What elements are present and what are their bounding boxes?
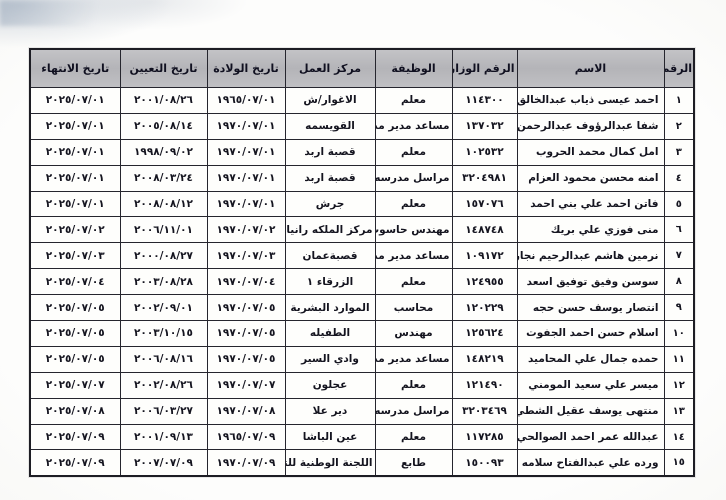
cell-name: امل كمال محمد الحروب bbox=[517, 139, 664, 165]
table-row: ١٤عبدالله عمر احمد الصوالحي١١٧٢٨٥معلمعين… bbox=[30, 424, 694, 450]
cell-birth_date: ١٩٧٠/٠٧/٠٧ bbox=[207, 372, 285, 398]
cell-birth_date: ١٩٧٠/٠٧/٠١ bbox=[207, 113, 285, 139]
cell-hire_date: ٢٠٠٣/١٠/١٥ bbox=[120, 321, 207, 347]
cell-work_center: الموارد البشرية bbox=[285, 295, 375, 321]
column-header-work_center: مركز العمل bbox=[285, 49, 375, 88]
cell-job_title: معلم bbox=[375, 372, 452, 398]
table-row: ٥فاتن احمد علي بني احمد١٥٧٠٧٦معلمجرش١٩٧٠… bbox=[30, 191, 694, 217]
cell-work_center: اللجنة الوطنية للتربية bbox=[285, 450, 375, 476]
cell-name: شفا عبدالرؤوف عبدالرحمن عبدالله bbox=[517, 113, 664, 139]
cell-birth_date: ١٩٧٠/٠٧/٠١ bbox=[207, 191, 285, 217]
cell-job_title: مراسل مدرسه bbox=[375, 165, 452, 191]
cell-name: فاتن احمد علي بني احمد bbox=[517, 191, 664, 217]
scanned-page: الرقمالاسمالرقم الوزاريالوظيفةمركز العمل… bbox=[0, 0, 726, 500]
cell-work_center: الزرقاء ١ bbox=[285, 269, 375, 295]
cell-name: اسلام حسن احمد الجفوت bbox=[517, 321, 664, 347]
cell-work_center: الاغوار/ش bbox=[285, 88, 375, 114]
cell-end_date: ٢٠٢٥/٠٧/٠٩ bbox=[30, 424, 120, 450]
cell-job_title: معلم bbox=[375, 424, 452, 450]
cell-name: ميسر علي سعيد المومني bbox=[517, 372, 664, 398]
cell-ministry_number: ١٢٥٦٢٤ bbox=[452, 321, 517, 347]
cell-end_date: ٢٠٢٥/٠٧/٠٥ bbox=[30, 321, 120, 347]
cell-num: ١ bbox=[664, 88, 694, 114]
cell-ministry_number: ٣٢٠٤٩٨١ bbox=[452, 165, 517, 191]
cell-job_title: طابع bbox=[375, 450, 452, 476]
cell-end_date: ٢٠٢٥/٠٧/٠١ bbox=[30, 113, 120, 139]
cell-hire_date: ٢٠٠٥/٠٨/١٤ bbox=[120, 113, 207, 139]
cell-birth_date: ١٩٧٠/٠٧/٠٨ bbox=[207, 398, 285, 424]
cell-work_center: جرش bbox=[285, 191, 375, 217]
cell-job_title: مراسل مدرسه bbox=[375, 398, 452, 424]
cell-num: ٧ bbox=[664, 243, 694, 269]
cell-hire_date: ٢٠٠٨/٠٨/١٢ bbox=[120, 191, 207, 217]
cell-num: ١٣ bbox=[664, 398, 694, 424]
cell-birth_date: ١٩٧٠/٠٧/٠٥ bbox=[207, 346, 285, 372]
cell-work_center: قصبة اربد bbox=[285, 139, 375, 165]
cell-birth_date: ١٩٧٠/٠٧/٠٤ bbox=[207, 269, 285, 295]
cell-work_center: دير علا bbox=[285, 398, 375, 424]
cell-work_center: قصبة اربد bbox=[285, 165, 375, 191]
cell-work_center: قصبةعمان bbox=[285, 243, 375, 269]
cell-ministry_number: ١١٧٢٨٥ bbox=[452, 424, 517, 450]
cell-name: منتهى يوسف عقيل الشطي bbox=[517, 398, 664, 424]
cell-hire_date: ٢٠٠٧/٠٧/٠٩ bbox=[120, 450, 207, 476]
cell-end_date: ٢٠٢٥/٠٧/٠٩ bbox=[30, 450, 120, 476]
cell-end_date: ٢٠٢٥/٠٧/٠١ bbox=[30, 191, 120, 217]
cell-ministry_number: ١٣٧٠٣٢ bbox=[452, 113, 517, 139]
cell-work_center: القويسمه bbox=[285, 113, 375, 139]
cell-hire_date: ٢٠٠٦/١١/٠١ bbox=[120, 217, 207, 243]
cell-hire_date: ٢٠٠٨/٠٣/٢٤ bbox=[120, 165, 207, 191]
cell-birth_date: ١٩٧٠/٠٧/٠١ bbox=[207, 139, 285, 165]
table-header: الرقمالاسمالرقم الوزاريالوظيفةمركز العمل… bbox=[30, 49, 694, 88]
table-row: ٦منى فوزي علي بريك١٤٨٧٤٨مهندس حاسوبمركز … bbox=[30, 217, 694, 243]
table-row: ٧نرمين هاشم عبدالرحيم نجار١٠٩١٧٢مساعد مد… bbox=[30, 243, 694, 269]
table-row: ٣امل كمال محمد الحروب١٠٢٥٣٢معلمقصبة اربد… bbox=[30, 139, 694, 165]
column-header-ministry_number: الرقم الوزاري bbox=[452, 49, 517, 88]
cell-num: ٣ bbox=[664, 139, 694, 165]
cell-num: ٨ bbox=[664, 269, 694, 295]
cell-hire_date: ٢٠٠٣/٠٨/٢٨ bbox=[120, 269, 207, 295]
cell-ministry_number: ١٥٠٠٩٣ bbox=[452, 450, 517, 476]
cell-birth_date: ١٩٧٠/٠٧/٠٥ bbox=[207, 295, 285, 321]
table-row: ٤امنه محسن محمود العزام٣٢٠٤٩٨١مراسل مدرس… bbox=[30, 165, 694, 191]
cell-hire_date: ١٩٩٨/٠٩/٠٢ bbox=[120, 139, 207, 165]
table-row: ٨سوسن وفيق توفيق اسعد١٢٤٩٥٥معلمالزرقاء ١… bbox=[30, 269, 694, 295]
cell-birth_date: ١٩٧٠/٠٧/٠٣ bbox=[207, 243, 285, 269]
cell-birth_date: ١٩٧٠/٠٧/٠٥ bbox=[207, 321, 285, 347]
cell-name: منى فوزي علي بريك bbox=[517, 217, 664, 243]
cell-name: حمده جمال علي المحاميد bbox=[517, 346, 664, 372]
table-row: ٩انتصار يوسف حسن حجه١٢٠٢٢٩محاسبالموارد ا… bbox=[30, 295, 694, 321]
cell-ministry_number: ٣٢٠٣٤٦٩ bbox=[452, 398, 517, 424]
cell-num: ٥ bbox=[664, 191, 694, 217]
table-row: ١٣منتهى يوسف عقيل الشطي٣٢٠٣٤٦٩مراسل مدرس… bbox=[30, 398, 694, 424]
cell-end_date: ٢٠٢٥/٠٧/٠٥ bbox=[30, 295, 120, 321]
cell-work_center: مركز الملكه رانيا bbox=[285, 217, 375, 243]
cell-ministry_number: ١١٤٣٠٠ bbox=[452, 88, 517, 114]
column-header-hire_date: تاريخ التعيين bbox=[120, 49, 207, 88]
cell-end_date: ٢٠٢٥/٠٧/٠١ bbox=[30, 165, 120, 191]
column-header-end_date: تاريخ الانتهاء bbox=[30, 49, 120, 88]
cell-job_title: مهندس حاسوب bbox=[375, 217, 452, 243]
cell-end_date: ٢٠٢٥/٠٧/٠٢ bbox=[30, 217, 120, 243]
column-header-name: الاسم bbox=[517, 49, 664, 88]
table-row: ١٠اسلام حسن احمد الجفوت١٢٥٦٢٤مهندسالطفيل… bbox=[30, 321, 694, 347]
column-header-num: الرقم bbox=[664, 49, 694, 88]
cell-birth_date: ١٩٦٥/٠٧/٠٩ bbox=[207, 424, 285, 450]
cell-job_title: معلم bbox=[375, 191, 452, 217]
cell-name: سوسن وفيق توفيق اسعد bbox=[517, 269, 664, 295]
cell-work_center: وادي السير bbox=[285, 346, 375, 372]
table-row: ١١حمده جمال علي المحاميد١٤٨٢١٩مساعد مدير… bbox=[30, 346, 694, 372]
cell-hire_date: ٢٠٠٦/٠٨/١٦ bbox=[120, 346, 207, 372]
cell-ministry_number: ١٢١٤٩٠ bbox=[452, 372, 517, 398]
table-row: ١احمد عيسى ذياب عبدالخالق١١٤٣٠٠معلمالاغو… bbox=[30, 88, 694, 114]
column-header-job_title: الوظيفة bbox=[375, 49, 452, 88]
cell-ministry_number: ١٢٠٢٢٩ bbox=[452, 295, 517, 321]
cell-job_title: معلم bbox=[375, 139, 452, 165]
cell-name: عبدالله عمر احمد الصوالحي bbox=[517, 424, 664, 450]
cell-job_title: مساعد مدير مدرسه bbox=[375, 113, 452, 139]
cell-hire_date: ٢٠٠١/٠٨/٢٦ bbox=[120, 88, 207, 114]
table-body: ١احمد عيسى ذياب عبدالخالق١١٤٣٠٠معلمالاغو… bbox=[30, 88, 694, 477]
cell-end_date: ٢٠٢٥/٠٧/٠١ bbox=[30, 88, 120, 114]
cell-name: ورده علي عبدالفتاح سلامه bbox=[517, 450, 664, 476]
table-row: ٢شفا عبدالرؤوف عبدالرحمن عبدالله١٣٧٠٣٢مس… bbox=[30, 113, 694, 139]
cell-work_center: الطفيله bbox=[285, 321, 375, 347]
cell-num: ١١ bbox=[664, 346, 694, 372]
cell-birth_date: ١٩٧٠/٠٧/٠١ bbox=[207, 165, 285, 191]
cell-ministry_number: ١٤٨٧٤٨ bbox=[452, 217, 517, 243]
cell-hire_date: ٢٠٠٢/٠٩/٠١ bbox=[120, 295, 207, 321]
cell-work_center: عجلون bbox=[285, 372, 375, 398]
cell-num: ٦ bbox=[664, 217, 694, 243]
cell-num: ١٠ bbox=[664, 321, 694, 347]
cell-job_title: محاسب bbox=[375, 295, 452, 321]
cell-end_date: ٢٠٢٥/٠٧/٠٨ bbox=[30, 398, 120, 424]
cell-end_date: ٢٠٢٥/٠٧/٠٣ bbox=[30, 243, 120, 269]
cell-job_title: معلم bbox=[375, 88, 452, 114]
cell-hire_date: ٢٠٠٦/٠٣/٢٧ bbox=[120, 398, 207, 424]
staff-roster-table: الرقمالاسمالرقم الوزاريالوظيفةمركز العمل… bbox=[29, 48, 695, 477]
cell-hire_date: ٢٠٠١/٠٩/١٣ bbox=[120, 424, 207, 450]
cell-num: ١٢ bbox=[664, 372, 694, 398]
cell-ministry_number: ١٢٤٩٥٥ bbox=[452, 269, 517, 295]
cell-job_title: معلم bbox=[375, 269, 452, 295]
cell-job_title: مهندس bbox=[375, 321, 452, 347]
cell-hire_date: ٢٠٠٠/٠٨/٢٧ bbox=[120, 243, 207, 269]
cell-num: ٩ bbox=[664, 295, 694, 321]
cell-ministry_number: ١٠٢٥٣٢ bbox=[452, 139, 517, 165]
cell-num: ١٤ bbox=[664, 424, 694, 450]
cell-num: ١٥ bbox=[664, 450, 694, 476]
cell-name: احمد عيسى ذياب عبدالخالق bbox=[517, 88, 664, 114]
cell-num: ٤ bbox=[664, 165, 694, 191]
table-row: ١٥ورده علي عبدالفتاح سلامه١٥٠٠٩٣طابعاللج… bbox=[30, 450, 694, 476]
cell-job_title: مساعد مدير مدرسه bbox=[375, 346, 452, 372]
cell-name: امنه محسن محمود العزام bbox=[517, 165, 664, 191]
cell-birth_date: ١٩٦٥/٠٧/٠١ bbox=[207, 88, 285, 114]
table-row: ١٢ميسر علي سعيد المومني١٢١٤٩٠معلمعجلون١٩… bbox=[30, 372, 694, 398]
cell-num: ٢ bbox=[664, 113, 694, 139]
cell-birth_date: ١٩٧٠/٠٧/٠٩ bbox=[207, 450, 285, 476]
cell-ministry_number: ١٠٩١٧٢ bbox=[452, 243, 517, 269]
table-header-row: الرقمالاسمالرقم الوزاريالوظيفةمركز العمل… bbox=[30, 49, 694, 88]
cell-ministry_number: ١٥٧٠٧٦ bbox=[452, 191, 517, 217]
cell-birth_date: ١٩٧٠/٠٧/٠٢ bbox=[207, 217, 285, 243]
cell-end_date: ٢٠٢٥/٠٧/٠٧ bbox=[30, 372, 120, 398]
cell-hire_date: ٢٠٠٢/٠٨/٢٦ bbox=[120, 372, 207, 398]
cell-job_title: مساعد مدير مدرسه bbox=[375, 243, 452, 269]
cell-name: نرمين هاشم عبدالرحيم نجار bbox=[517, 243, 664, 269]
cell-work_center: عين الباشا bbox=[285, 424, 375, 450]
cell-end_date: ٢٠٢٥/٠٧/٠٤ bbox=[30, 269, 120, 295]
column-header-birth_date: تاريخ الولادة bbox=[207, 49, 285, 88]
cell-end_date: ٢٠٢٥/٠٧/٠١ bbox=[30, 139, 120, 165]
cell-end_date: ٢٠٢٥/٠٧/٠٥ bbox=[30, 346, 120, 372]
cell-name: انتصار يوسف حسن حجه bbox=[517, 295, 664, 321]
scan-smudge-artifact bbox=[0, 0, 120, 26]
cell-ministry_number: ١٤٨٢١٩ bbox=[452, 346, 517, 372]
